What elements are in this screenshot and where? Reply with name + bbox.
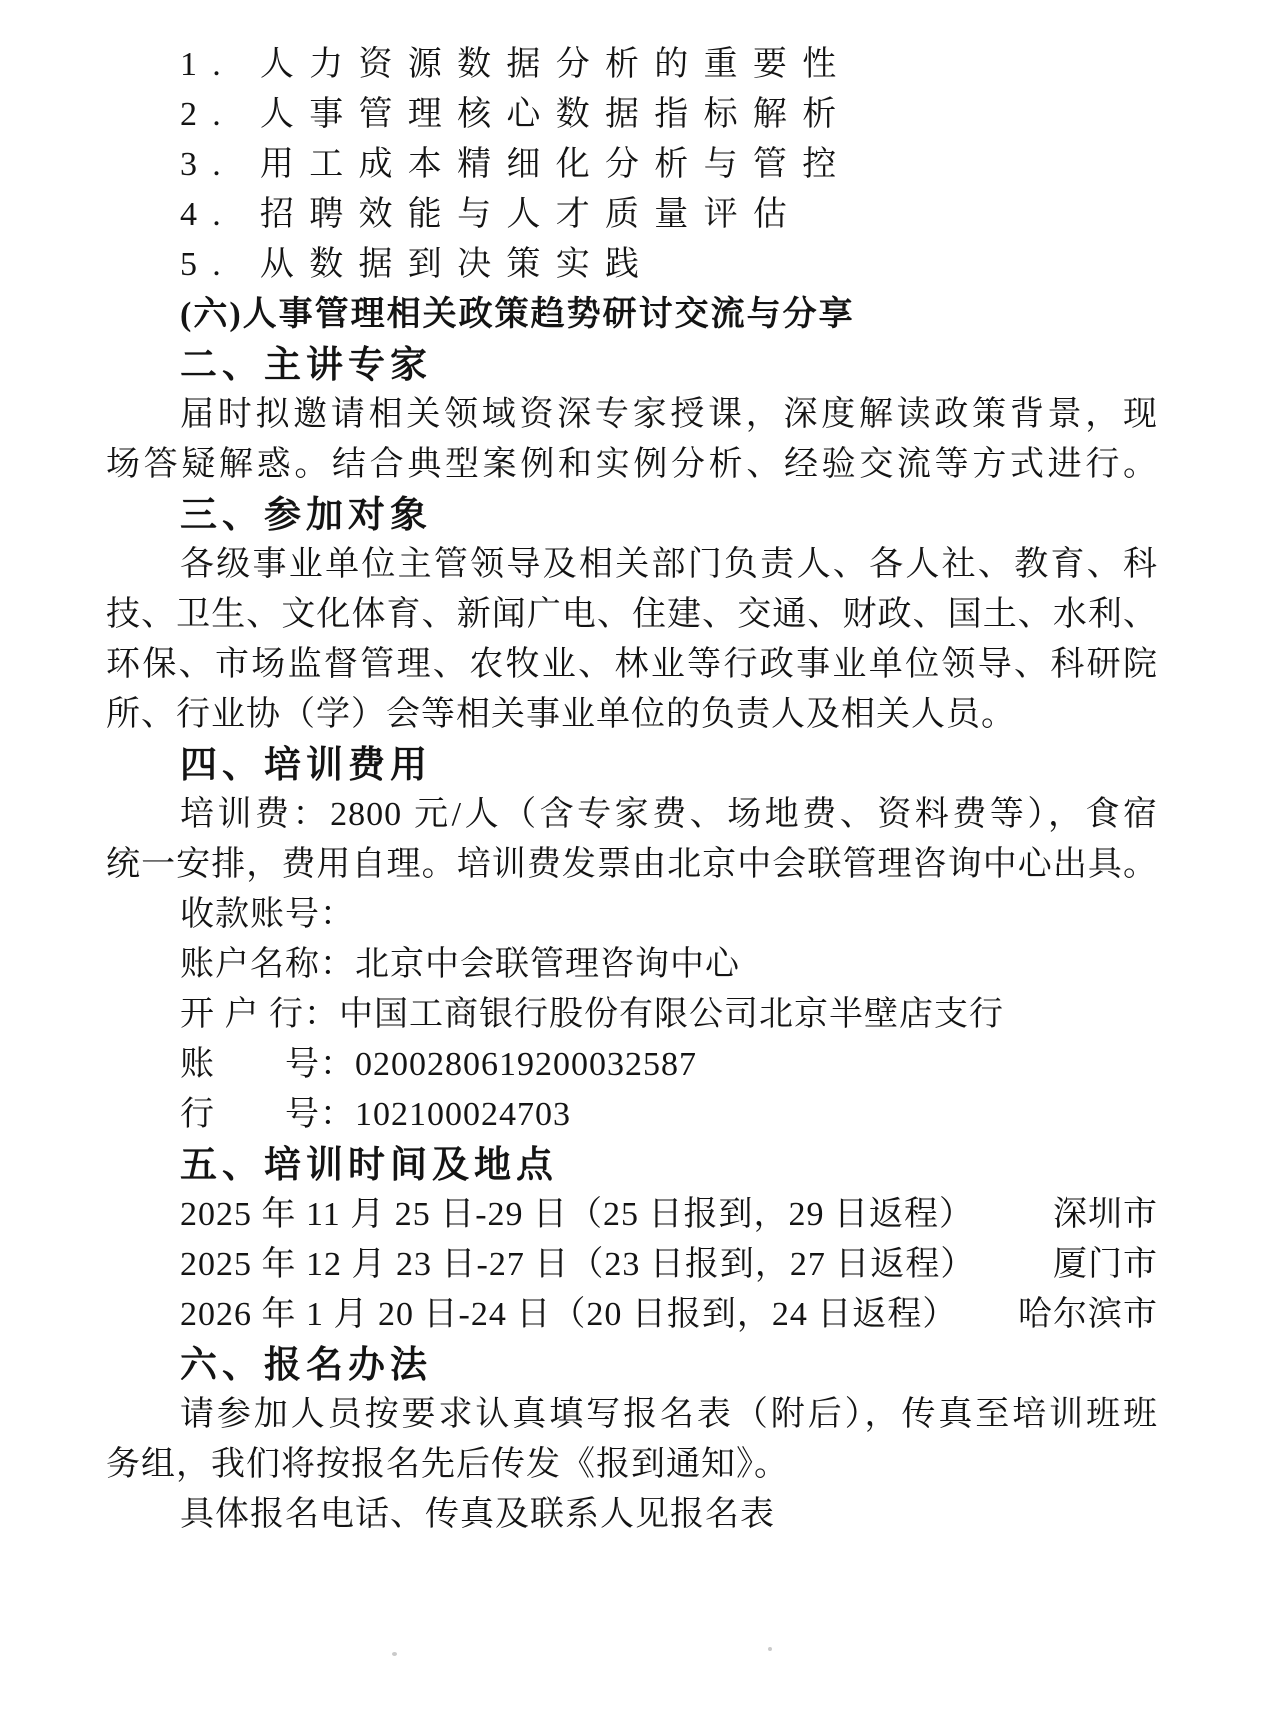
bank-field-line: 开 户 行：中国工商银行股份有限公司北京半壁店支行 bbox=[106, 990, 1158, 1040]
bank-field-line: 收款账号： bbox=[106, 890, 1158, 940]
bank-field-line: 账 号：0200280619200032587 bbox=[106, 1040, 1158, 1090]
paragraph-line: 场答疑解惑。结合典型案例和实例分析、经验交流等方式进行。 bbox=[106, 440, 1158, 490]
section-heading: 四、培训费用 bbox=[106, 740, 1158, 790]
scan-speck bbox=[768, 1647, 772, 1651]
document-body: 1. 人力资源数据分析的重要性2. 人事管理核心数据指标解析3. 用工成本精细化… bbox=[106, 40, 1158, 1540]
paragraph-line: 务组，我们将按报名先后传发《报到通知》。 bbox=[106, 1440, 1158, 1490]
schedule-row: 2026 年 1 月 20 日-24 日（20 日报到，24 日返程）哈尔滨市 bbox=[106, 1290, 1158, 1340]
schedule-date: 2025 年 11 月 25 日-29 日（25 日报到，29 日返程） bbox=[180, 1190, 974, 1240]
paragraph-line: 具体报名电话、传真及联系人见报名表 bbox=[106, 1490, 1158, 1540]
paragraph-line: 技、卫生、文化体育、新闻广电、住建、交通、财政、国土、水利、 bbox=[106, 590, 1158, 640]
schedule-city: 哈尔滨市 bbox=[1018, 1290, 1158, 1340]
outline-list-item: 2. 人事管理核心数据指标解析 bbox=[106, 90, 1158, 140]
paragraph-line: 所、行业协（学）会等相关事业单位的负责人及相关人员。 bbox=[106, 690, 1158, 740]
document-page: 1. 人力资源数据分析的重要性2. 人事管理核心数据指标解析3. 用工成本精细化… bbox=[0, 0, 1262, 1718]
bank-field-line: 行 号：102100024703 bbox=[106, 1090, 1158, 1140]
schedule-date: 2026 年 1 月 20 日-24 日（20 日报到，24 日返程） bbox=[180, 1290, 957, 1340]
outline-list-item: 4. 招聘效能与人才质量评估 bbox=[106, 190, 1158, 240]
section-heading: 三、参加对象 bbox=[106, 490, 1158, 540]
section-heading: 二、主讲专家 bbox=[106, 340, 1158, 390]
paragraph-line: 环保、市场监督管理、农牧业、林业等行政事业单位领导、科研院 bbox=[106, 640, 1158, 690]
section-heading: 五、培训时间及地点 bbox=[106, 1140, 1158, 1190]
schedule-date: 2025 年 12 月 23 日-27 日（23 日报到，27 日返程） bbox=[180, 1240, 975, 1290]
paragraph-line: 请参加人员按要求认真填写报名表（附后），传真至培训班班 bbox=[106, 1390, 1158, 1440]
scan-speck bbox=[392, 1652, 397, 1656]
outline-subheading: (六)人事管理相关政策趋势研讨交流与分享 bbox=[106, 290, 1158, 340]
section-heading: 六、报名办法 bbox=[106, 1340, 1158, 1390]
schedule-row: 2025 年 11 月 25 日-29 日（25 日报到，29 日返程）深圳市 bbox=[106, 1190, 1158, 1240]
paragraph-line: 各级事业单位主管领导及相关部门负责人、各人社、教育、科 bbox=[106, 540, 1158, 590]
paragraph-line: 届时拟邀请相关领域资深专家授课，深度解读政策背景，现 bbox=[106, 390, 1158, 440]
bank-field-line: 账户名称：北京中会联管理咨询中心 bbox=[106, 940, 1158, 990]
schedule-row: 2025 年 12 月 23 日-27 日（23 日报到，27 日返程）厦门市 bbox=[106, 1240, 1158, 1290]
paragraph-line: 统一安排，费用自理。培训费发票由北京中会联管理咨询中心出具。 bbox=[106, 840, 1158, 890]
schedule-city: 深圳市 bbox=[1053, 1190, 1158, 1240]
outline-list-item: 1. 人力资源数据分析的重要性 bbox=[106, 40, 1158, 90]
schedule-city: 厦门市 bbox=[1053, 1240, 1158, 1290]
outline-list-item: 3. 用工成本精细化分析与管控 bbox=[106, 140, 1158, 190]
paragraph-line: 培训费：2800 元/人（含专家费、场地费、资料费等），食宿 bbox=[106, 790, 1158, 840]
outline-list-item: 5. 从数据到决策实践 bbox=[106, 240, 1158, 290]
